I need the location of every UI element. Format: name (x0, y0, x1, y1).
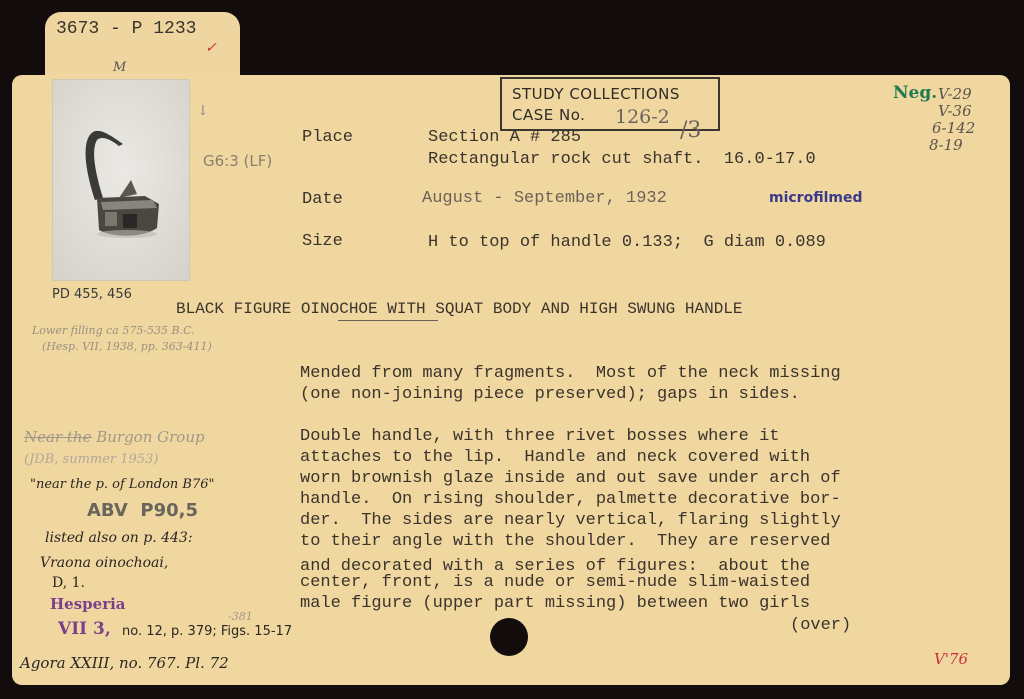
desc-p2-line9: male figure (upper part missing) between… (300, 594, 810, 613)
title-underline (338, 320, 438, 321)
size-value: H to top of handle 0.133; G diam 0.089 (428, 233, 826, 252)
place-line-2: Rectangular rock cut shaft. 16.0-17.0 (428, 150, 816, 169)
corner-mark: V'76 (934, 650, 968, 668)
arrow-mark: ↓ (197, 103, 209, 119)
catalog-number: 3673 - P 1233 (56, 19, 196, 39)
note-vraona: Vraona oinochoai, (40, 555, 168, 571)
desc-p2-line6: to their angle with the shoulder. They a… (300, 532, 831, 551)
place-line-1: Section A # 285 (428, 128, 581, 147)
hesperia-reference: no. 12, p. 379; Figs. 15-17 (122, 624, 292, 639)
note-near-painter: "near the p. of London B76" (30, 477, 214, 492)
over-note: (over) (790, 616, 851, 635)
desc-p1-line1: Mended from many fragments. Most of the … (300, 364, 841, 383)
desc-p1-line2: (one non-joining piece preserved); gaps … (300, 385, 800, 404)
hesperia-volume: VII 3, (58, 619, 111, 639)
case-number: 126-2 (615, 106, 670, 128)
date-label: Date (302, 190, 343, 209)
note-listed-also: listed also on p. 443: (45, 530, 193, 546)
desc-p2-line8: center, front, is a nude or semi-nude sl… (300, 573, 810, 592)
object-photo (52, 79, 190, 281)
grid-reference: G6:3 (LF) (203, 152, 272, 170)
neg-number-2: V-36 (938, 102, 972, 120)
agora-reference: Agora XXIII, no. 767. Pl. 72 (20, 654, 229, 672)
neg-number-3: 6-142 (932, 119, 975, 137)
desc-p2-line3: worn brownish glaze inside and out save … (300, 469, 841, 488)
desc-p2-line4: handle. On rising shoulder, palmette dec… (300, 490, 841, 509)
desc-p2-line5: der. The sides are nearly vertical, flar… (300, 511, 841, 530)
object-title: BLACK FIGURE OINOCHOE WITH SQUAT BODY AN… (176, 300, 743, 318)
neg-number-4: 8-19 (929, 136, 963, 154)
desc-p2-line1: Double handle, with three rivet bosses w… (300, 427, 779, 446)
tab-check-mark: ✓ (205, 40, 217, 56)
note-lower-filling: Lower filling ca 575-535 B.C. (32, 324, 195, 337)
tab-mark: M (113, 60, 126, 75)
page-alternative: -381 (228, 610, 253, 623)
punch-hole (490, 618, 528, 656)
study-collections-label: STUDY COLLECTIONS (512, 85, 680, 103)
neg-number-1: V-29 (938, 85, 972, 103)
neg-label: Neg. (893, 83, 937, 103)
microfilmed-stamp: microfilmed (769, 190, 863, 206)
note-vraona-num: D, 1. (52, 575, 85, 591)
note-abv: ABV P90,5 (87, 500, 198, 521)
burgon-strikethrough (24, 437, 92, 438)
date-value: August - September, 1932 (422, 189, 667, 208)
place-label: Place (302, 128, 353, 147)
size-label: Size (302, 232, 343, 251)
case-number-label: CASE No. (512, 106, 585, 124)
desc-p2-line2: attaches to the lip. Handle and neck cov… (300, 448, 810, 467)
photo-caption: PD 455, 456 (52, 287, 132, 302)
note-jdb: (JDB, summer 1953) (24, 452, 158, 467)
oinochoe-photo-icon (53, 80, 189, 280)
case-number-suffix: /3 (680, 118, 701, 143)
hesperia-stamp: Hesperia (50, 595, 126, 613)
note-hesp-ref: (Hesp. VII, 1938, pp. 363-411) (42, 340, 212, 353)
